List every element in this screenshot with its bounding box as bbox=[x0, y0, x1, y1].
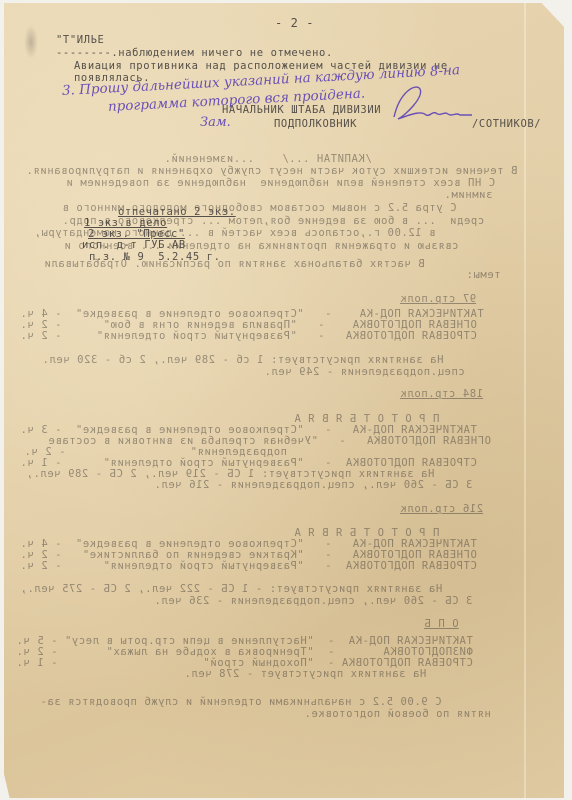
ghost-line: С утра 5.2 с новым составом свободного м… bbox=[62, 202, 457, 214]
ghost-line: в 12.00 г.,осталось всех частей в ... да… bbox=[34, 227, 435, 239]
ghost-line: зимним. bbox=[444, 189, 492, 201]
ghost-line: В частях батальонах занятия по расписани… bbox=[44, 258, 425, 270]
page-number: - 2 - bbox=[275, 16, 314, 30]
document-page: - 2 - "Т"ИЛЬЕ --------.наблюдением ничег… bbox=[4, 3, 564, 798]
ghost-line: С НП всех степеней вели наблюдение наблю… bbox=[66, 177, 495, 189]
signature-name: /СОТНИКОВ/ bbox=[472, 118, 541, 130]
ghost-line: С 9.00 5.2 с начальниками отделений и сл… bbox=[40, 696, 441, 708]
handwritten-signature bbox=[386, 81, 476, 123]
ghost-line: СТРОЕВАЯ ПОДГОТОВКА - "Развернутый строй… bbox=[20, 330, 477, 342]
ghost-line: 3 СБ - 260 чел., спец.подразделения - 23… bbox=[154, 595, 472, 607]
ghost-line: /КАПИТАН .../ ...изменений. bbox=[164, 153, 372, 165]
ghost-line: В течение истекших суток части несут слу… bbox=[26, 165, 517, 177]
ghost-line: связью и отражения противника на отделен… bbox=[64, 240, 459, 252]
ghost-heading: 184 стр.полк bbox=[400, 388, 483, 400]
ghost-line: На занятиях присутствует: - 1 СБ - 222 ч… bbox=[20, 583, 442, 595]
ghost-line: На занятиях присутствует - 278 чел. bbox=[184, 668, 426, 680]
ghost-line: среди ... в бою за ведение боя,летом ...… bbox=[62, 215, 484, 227]
ghost-line: темы: bbox=[466, 269, 501, 281]
ghost-heading: 216 стр.полк bbox=[400, 503, 483, 515]
signature-title: НАЧАЛЬНИК ШТАБА ДИВИЗИИ bbox=[222, 104, 381, 116]
signature-rank: ПОДПОЛКОВНИК bbox=[274, 118, 357, 130]
ghost-line: На занятиях присутствует: 1 сб - 289 чел… bbox=[42, 354, 443, 366]
ghost-line: спец.подразделения - 249 чел. bbox=[264, 366, 465, 378]
ghost-line: 3 СБ - 260 чел., спец.подразделения - 21… bbox=[154, 479, 472, 491]
ink-smudge bbox=[24, 25, 38, 59]
ghost-heading: 97 стр.полк bbox=[400, 293, 476, 305]
ghost-line: СТРОЕВАЯ ПОДГОТОВКА - "Развернутый строй… bbox=[20, 560, 477, 572]
report-line-1: --------.наблюдением ничего не отмечено. bbox=[56, 47, 333, 59]
ghost-line: нятия по боевой подготовке. bbox=[304, 708, 491, 720]
signature-prefix: Зам. bbox=[200, 115, 231, 130]
report-heading: "Т"ИЛЬЕ bbox=[56, 34, 104, 46]
ghost-heading: О П Б bbox=[424, 618, 459, 630]
